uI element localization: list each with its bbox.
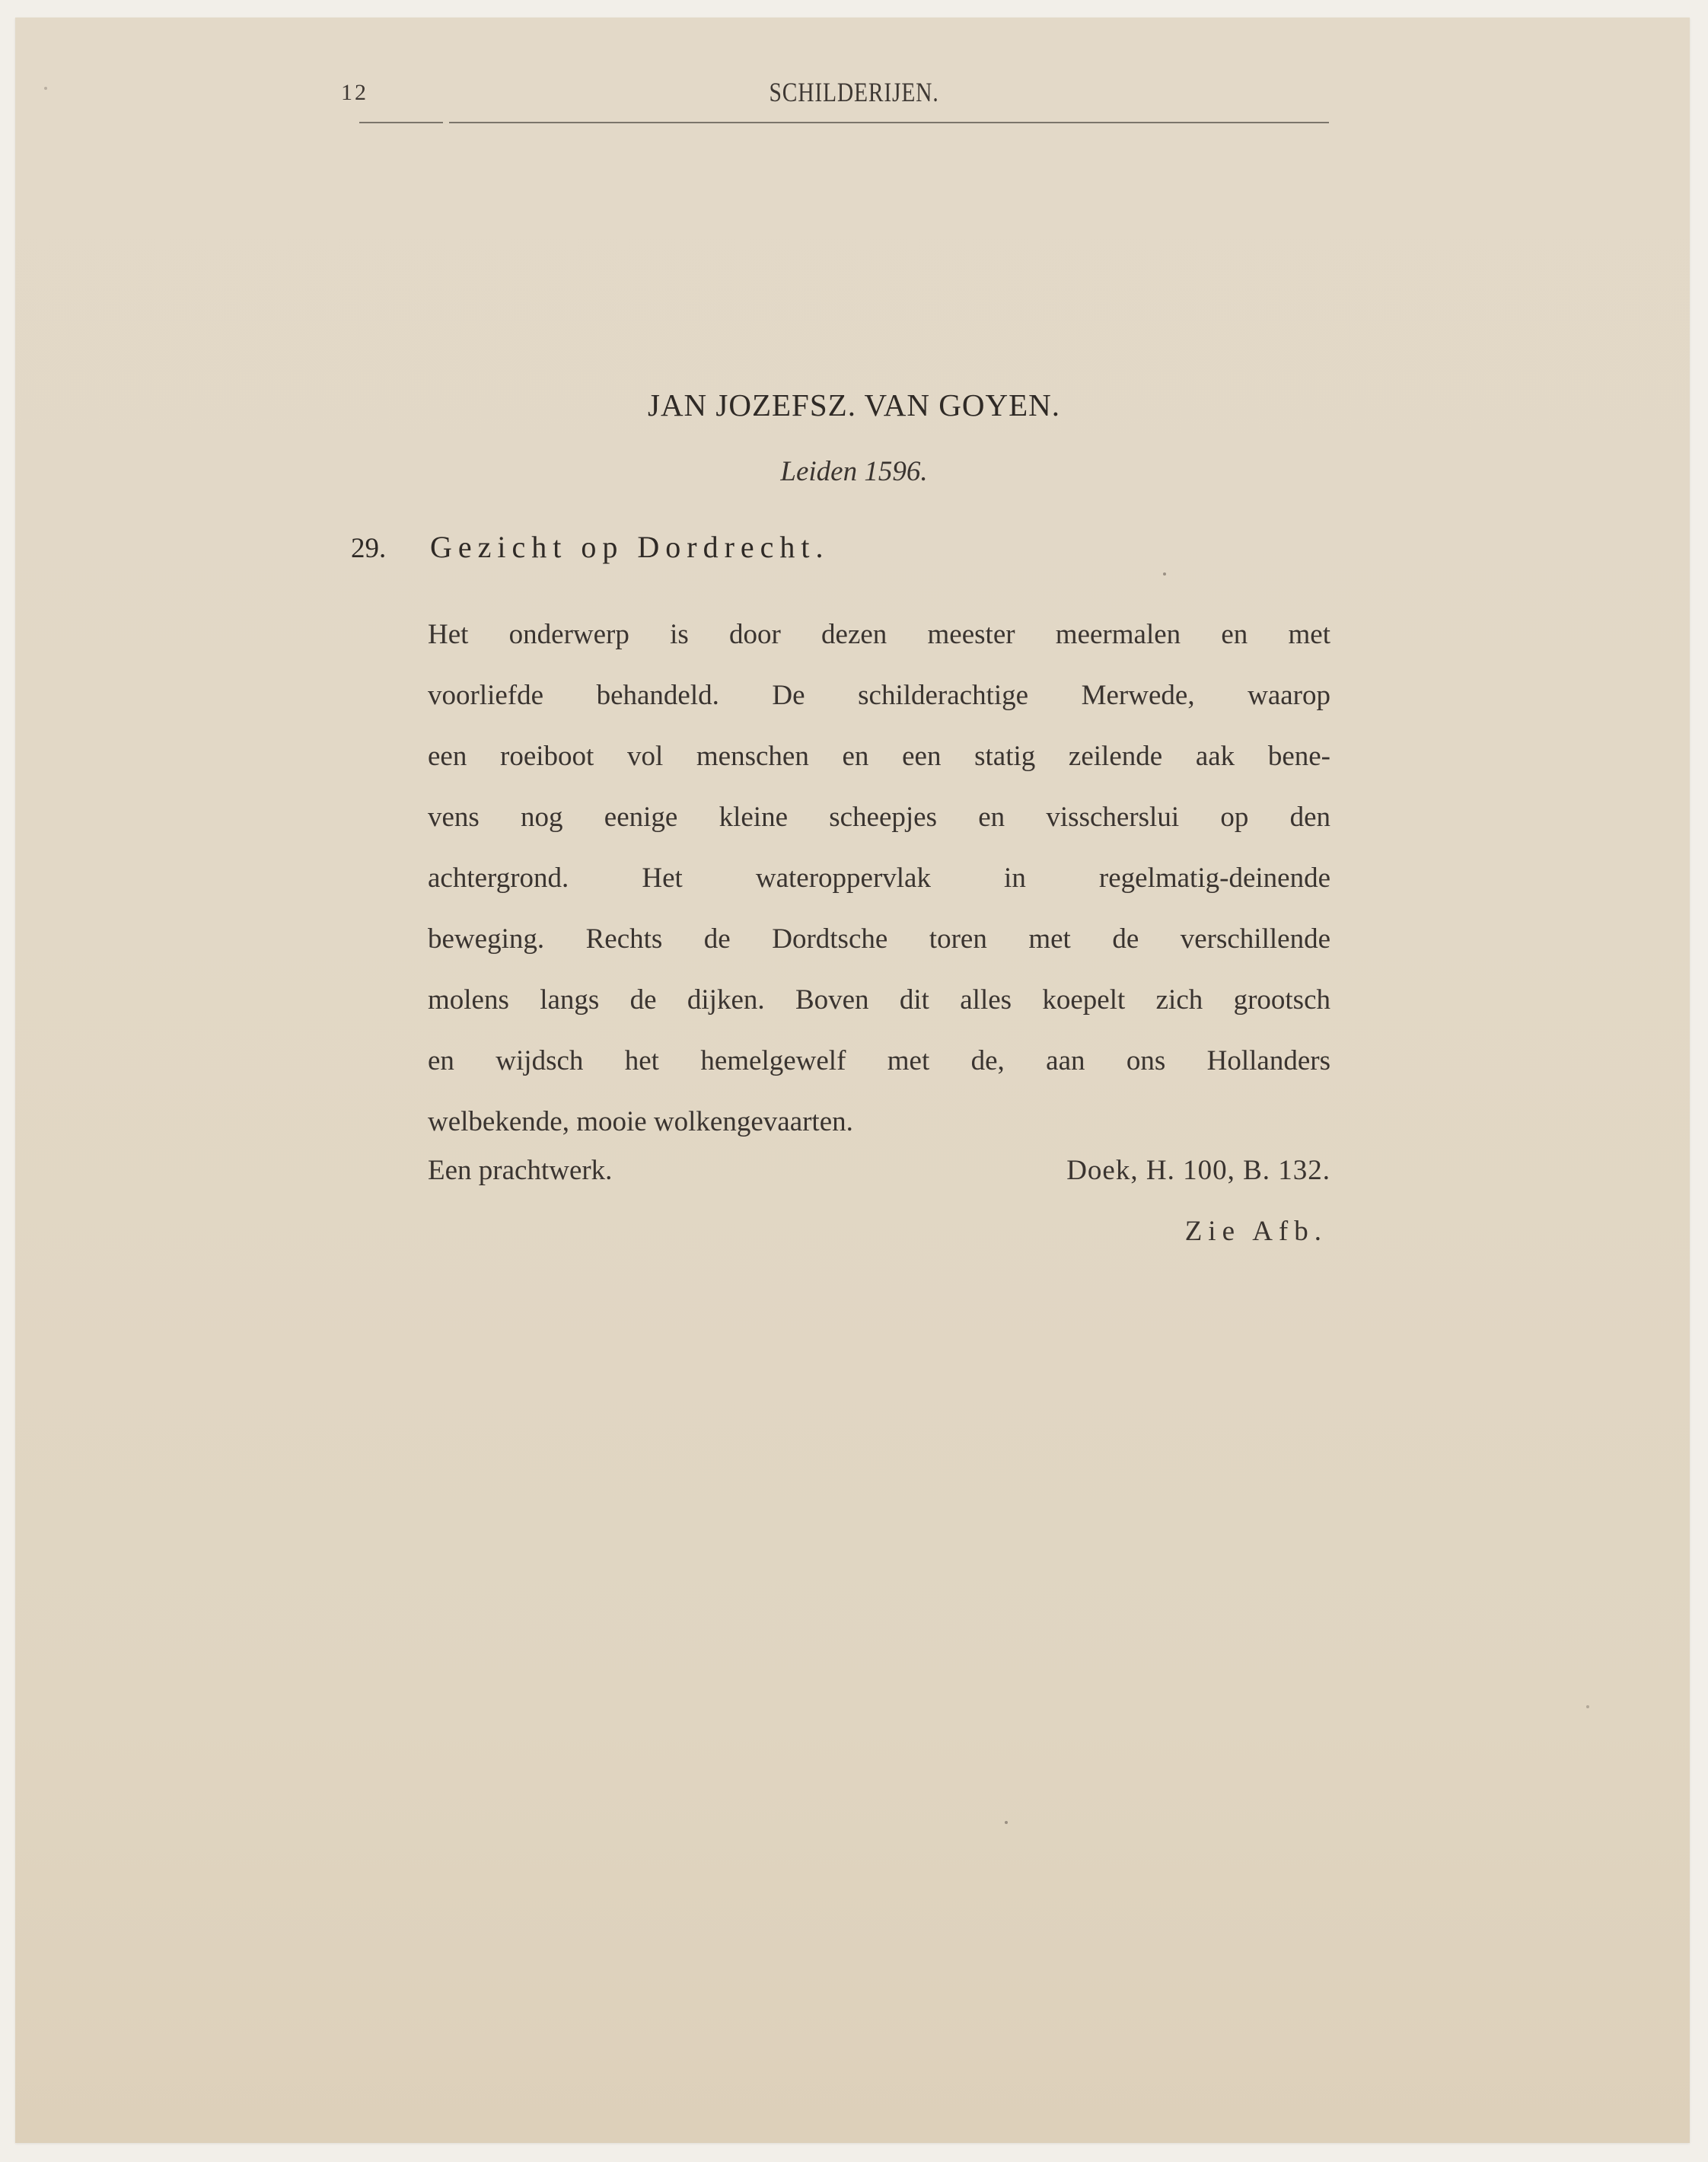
header-rule xyxy=(359,122,1329,123)
artist-origin: Leiden 1596. xyxy=(0,455,1708,488)
entry-description: Het onderwerp is door dezen meester meer… xyxy=(428,604,1330,1153)
paper-speck xyxy=(1163,572,1166,576)
description-line: een roeiboot vol menschen en een statig … xyxy=(428,726,1330,787)
entry-heading: 29.Gezicht op Dordrecht. xyxy=(351,529,830,565)
running-title: SCHILDERIJEN. xyxy=(0,76,1708,108)
running-title-text: SCHILDERIJEN. xyxy=(769,76,938,108)
paper-speck xyxy=(1586,1705,1589,1708)
description-line: welbekende, mooie wolkengevaarten. xyxy=(428,1092,1330,1153)
entry-number: 29. xyxy=(351,532,430,565)
description-line: molens langs de dijken. Boven dit alles … xyxy=(428,970,1330,1031)
description-line: achtergrond. Het wateroppervlak in regel… xyxy=(428,848,1330,909)
header-rule-gap xyxy=(443,120,449,125)
paper-speck xyxy=(44,87,47,90)
description-line: en wijdsch het hemelgewelf met de, aan o… xyxy=(428,1031,1330,1092)
description-line: Het onderwerp is door dezen meester meer… xyxy=(428,604,1330,665)
description-line: beweging. Rechts de Dordtsche toren met … xyxy=(428,909,1330,970)
figure-reference: Zie Afb. xyxy=(1185,1215,1327,1248)
entry-title: Gezicht op Dordrecht. xyxy=(430,530,830,564)
entry-dimensions: Doek, H. 100, B. 132. xyxy=(1066,1154,1330,1187)
artist-name: JAN JOZEFSZ. VAN GOYEN. xyxy=(0,387,1708,423)
entry-remark: Een prachtwerk. xyxy=(428,1154,612,1187)
paper-speck xyxy=(1005,1821,1008,1824)
description-line: voorliefde behandeld. De schilderachtige… xyxy=(428,665,1330,726)
description-line: vens nog eenige kleine scheepjes en viss… xyxy=(428,787,1330,848)
